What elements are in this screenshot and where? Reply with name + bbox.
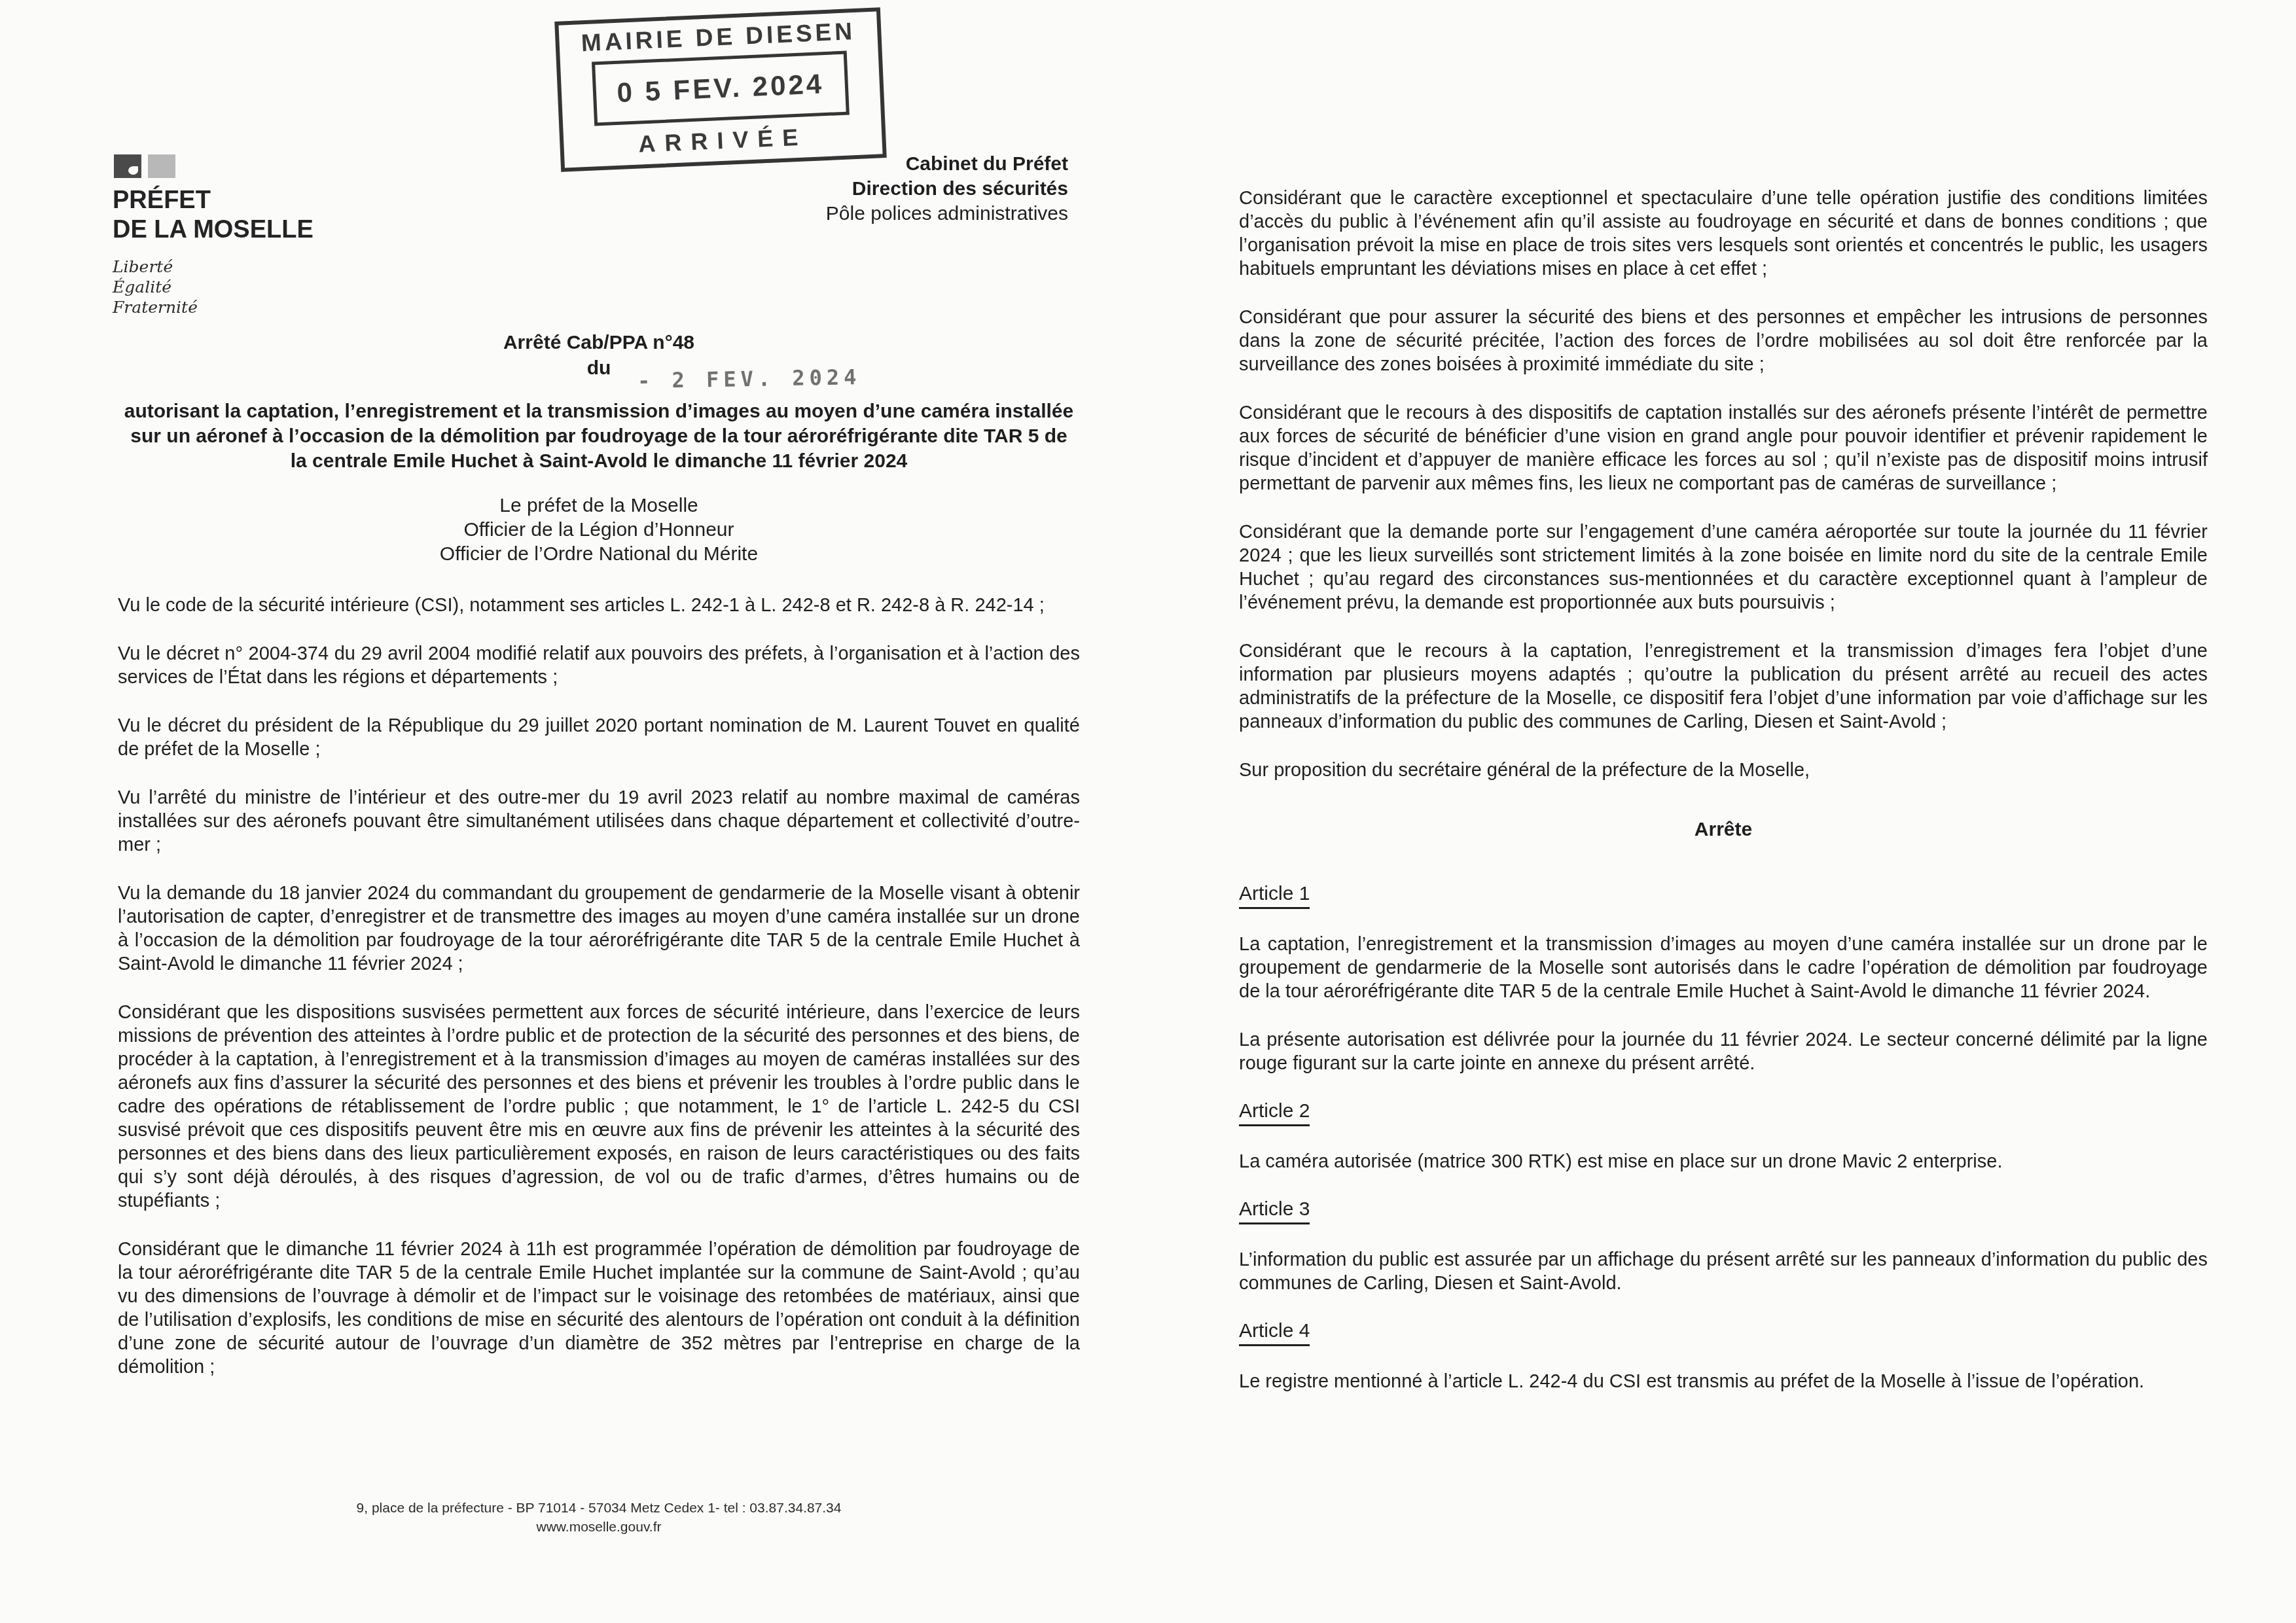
arrival-stamp: MAIRIE DE DIESEN 0 5 FEV. 2024 ARRIVÉE [554,7,887,172]
considerant-paragraph: Considérant que le dimanche 11 février 2… [118,1238,1080,1379]
marianne-flag-icon [114,154,314,178]
considerant-paragraph: Considérant que pour assurer la sécurité… [1239,306,2208,376]
logo-title: PRÉFET DE LA MOSELLE [113,186,314,245]
left-paragraphs: Vu le code de la sécurité intérieure (CS… [118,594,1080,1379]
article-2-paragraph: La caméra autorisée (matrice 300 RTK) es… [1239,1150,2208,1173]
arrete-heading: Arrête [1239,819,2208,841]
flag-light-square [148,154,175,178]
article-3-label-wrap: Article 3 [1239,1198,2208,1224]
article-1-paragraph: La captation, l’enregistrement et la tra… [1239,933,2208,1003]
article-1-label-wrap: Article 1 [1239,883,2208,909]
motto-liberte: Liberté [113,257,314,277]
article-1-paragraph: La présente autorisation est délivrée po… [1239,1028,2208,1075]
article-3-paragraph: L’information du public est assurée par … [1239,1248,2208,1295]
motto-fraternite: Fraternité [113,297,314,317]
left-column: Arrêté Cab/PPA n°48 du - 2 FEV. 2024 aut… [118,330,1080,1404]
considerant-paragraph: Considérant que les dispositions susvisé… [118,1001,1080,1213]
motto-egalite: Égalité [113,277,314,297]
sur-proposition-paragraph: Sur proposition du secrétaire général de… [1239,758,2208,782]
considerant-paragraph: Considérant que la demande porte sur l’e… [1239,520,2208,615]
article-2-label: Article 2 [1239,1100,1310,1126]
scanned-document-page: MAIRIE DE DIESEN 0 5 FEV. 2024 ARRIVÉE P… [0,0,2296,1623]
considerant-paragraph: Considérant que le caractère exceptionne… [1239,187,2208,281]
stamp-date-box: 0 5 FEV. 2024 [592,51,850,126]
footer-address: 9, place de la préfecture - BP 71014 - 5… [118,1499,1080,1518]
footer-website: www.moselle.gouv.fr [118,1518,1080,1537]
vu-paragraph: Vu l’arrêté du ministre de l’intérieur e… [118,786,1080,857]
issuing-service-block: Cabinet du Préfet Direction des sécurité… [655,152,1068,226]
vu-paragraph: Vu la demande du 18 janvier 2024 du comm… [118,882,1080,976]
authority-block: Le préfet de la Moselle Officier de la L… [118,493,1080,566]
flag-dark-square [114,154,141,178]
logo-title-line2: DE LA MOSELLE [113,215,314,245]
decree-subject: autorisant la captation, l’enregistremen… [118,399,1080,474]
vu-paragraph: Vu le décret n° 2004-374 du 29 avril 200… [118,642,1080,689]
article-2: Article 2 La caméra autorisée (matrice 3… [1239,1100,2208,1173]
decree-reference: Arrêté Cab/PPA n°48 [118,330,1080,355]
service-line-pole: Pôle polices administratives [655,202,1068,226]
article-4-label: Article 4 [1239,1320,1310,1346]
vu-paragraph: Vu le code de la sécurité intérieure (CS… [118,594,1080,617]
authority-line-1: Le préfet de la Moselle [118,493,1080,518]
logo-motto: Liberté Égalité Fraternité [113,257,314,317]
authority-line-3: Officier de l’Ordre National du Mérite [118,542,1080,566]
stamp-date: 0 5 FEV. 2024 [617,68,825,108]
du-label: du [118,357,1080,380]
stamped-decree-date: - 2 FEV. 2024 [637,365,861,393]
decree-date-row: du - 2 FEV. 2024 [118,357,1080,389]
right-column: Considérant que le caractère exceptionne… [1239,187,2208,1418]
logo-title-line1: PRÉFET [113,186,314,215]
article-3: Article 3 L’information du public est as… [1239,1198,2208,1295]
considerant-paragraph: Considérant que le recours à des disposi… [1239,401,2208,495]
vu-paragraph: Vu le décret du président de la Républiq… [118,714,1080,761]
article-4-label-wrap: Article 4 [1239,1320,2208,1346]
service-line-direction: Direction des sécurités [655,177,1068,202]
article-3-label: Article 3 [1239,1198,1310,1224]
article-4-paragraph: Le registre mentionné à l’article L. 242… [1239,1370,2208,1393]
article-4: Article 4 Le registre mentionné à l’arti… [1239,1320,2208,1393]
considerant-paragraph: Considérant que le recours à la captatio… [1239,639,2208,734]
service-line-cabinet: Cabinet du Préfet [655,152,1068,177]
prefecture-logo: PRÉFET DE LA MOSELLE Liberté Égalité Fra… [113,154,314,317]
article-1-label: Article 1 [1239,883,1310,909]
article-1: Article 1 La captation, l’enregistrement… [1239,883,2208,1075]
page-footer: 9, place de la préfecture - BP 71014 - 5… [118,1499,1080,1537]
article-2-label-wrap: Article 2 [1239,1100,2208,1126]
authority-line-2: Officier de la Légion d’Honneur [118,518,1080,542]
